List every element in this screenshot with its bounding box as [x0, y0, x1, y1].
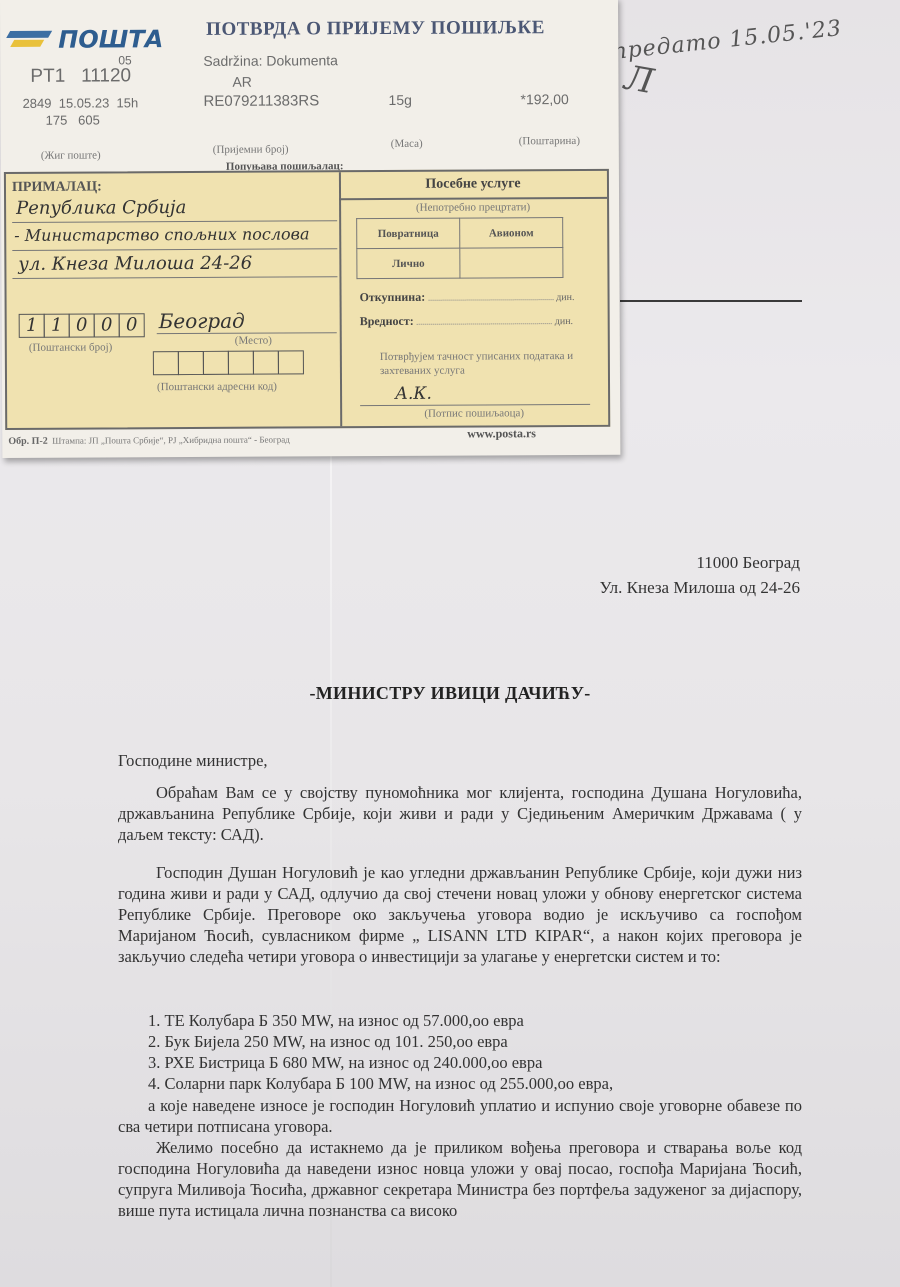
stamp-label: (Жиг поште) [41, 149, 101, 161]
contract-item: 3. РХЕ Бистрица Б 680 MW, на износ од 24… [148, 1052, 802, 1073]
postal-receipt: ПОШТА ПОТВРДА О ПРИЈЕМУ ПОШИЉКЕ 05 PT1 1… [0, 0, 620, 458]
service-empty [460, 248, 563, 279]
cod-row: Откупнина:дин. [360, 289, 575, 305]
postal-number-label: (Поштански број) [29, 341, 113, 353]
mass-label: (Маса) [391, 138, 423, 150]
form-area: ПРИМАЛАЦ: Република Србија - Министарств… [4, 169, 610, 430]
mass-value: 15g [388, 92, 411, 108]
value-row: Вредност:дин. [360, 313, 573, 329]
posta-url: www.posta.rs [467, 426, 536, 441]
handwritten-delivery-note: предато 15.05.'23 [611, 16, 843, 65]
bird-icon [8, 29, 52, 51]
place-label: (Место) [235, 335, 272, 347]
sender-signature: А.К. [395, 384, 432, 404]
recipient-label: ПРИМАЛАЦ: [12, 179, 102, 195]
address-street: Ул. Кнеза Милоша од 24-26 [600, 575, 800, 600]
signature-line [620, 300, 802, 302]
posta-logo: ПОШТА [8, 25, 163, 54]
contracts-list: 1. ТЕ Колубара Б 350 MW, на износ од 57.… [118, 1010, 802, 1094]
paragraph-2: Господин Душан Ногуловић је као угледни … [118, 862, 802, 967]
recipient-line-2: - Министарство спољних послова [14, 224, 309, 245]
postal-address-code-label: (Поштански адресни код) [157, 381, 277, 394]
postal-address-code-boxes [153, 350, 303, 375]
services-table: Повратница Авионом Лично [356, 217, 563, 279]
paragraph-1: Обраћам Вам се у својству пуномоћника мо… [118, 782, 802, 845]
contract-item: 2. Бук Бијела 250 MW, на износ од 101. 2… [148, 1031, 802, 1052]
contract-item: 1. ТЕ Колубара Б 350 MW, на износ од 57.… [148, 1010, 802, 1031]
recipient-city: Београд [159, 309, 245, 333]
content-type: Sadržina: Dokumenta [203, 52, 338, 69]
tracking-number: RE079211383RS [203, 92, 319, 110]
recipient-line-1: Република Србија [16, 197, 186, 219]
recipient-address: 11000 Београд Ул. Кнеза Милоша од 24-26 [600, 550, 800, 600]
receipt-number-label: (Пријемни број) [213, 143, 289, 155]
greeting: Господине министре, [118, 750, 802, 771]
receipt-title: ПОТВРДА О ПРИЈЕМУ ПОШИЉКЕ [206, 17, 545, 41]
postage-label: (Поштарина) [519, 135, 580, 147]
service-personal: Лично [357, 248, 460, 279]
paragraph-4: Желимо посебно да истакнемо да је прилик… [118, 1137, 802, 1221]
confirm-text: Потврђујем тачност уписаних података и з… [380, 349, 580, 378]
logo-text: ПОШТА [58, 25, 163, 54]
service-airmail: Авионом [460, 218, 563, 249]
postage-value: *192,00 [520, 91, 568, 107]
recipient-line-3: ул. Кнеза Милоша 24-26 [18, 253, 252, 275]
stamp-line-2: PT1 11120 [30, 65, 131, 88]
signature-label: (Потпис пошиљаоца) [340, 407, 608, 420]
stamp-line-4: 175 605 [46, 112, 100, 127]
postal-number-boxes: 11000 [19, 313, 144, 338]
contract-item: 4. Соларни парк Колубара Б 100 MW, на из… [148, 1073, 802, 1094]
stamp-line-3: 2849 15.05.23 15h [23, 95, 139, 111]
paragraph-3: а које наведене износе је господин Ногул… [118, 1095, 802, 1137]
services-note: (Непотребно прецртати) [339, 201, 607, 214]
handwritten-initial: Л [622, 58, 657, 102]
service-code: AR [232, 74, 252, 90]
form-footer: Обр. П-2 Штампа: ЈП „Пошта Србије“, РЈ „… [8, 434, 290, 446]
service-return-receipt: Повратница [357, 218, 460, 249]
special-services: Посебне услуге (Непотребно прецртати) По… [339, 171, 608, 426]
address-city: 11000 Београд [600, 550, 800, 575]
services-title: Посебне услуге [339, 171, 607, 200]
letter-title: -МИНИСТРУ ИВИЦИ ДАЧИЋУ- [0, 683, 900, 704]
recipient-section: ПРИМАЛАЦ: Република Србија - Министарств… [6, 172, 342, 428]
